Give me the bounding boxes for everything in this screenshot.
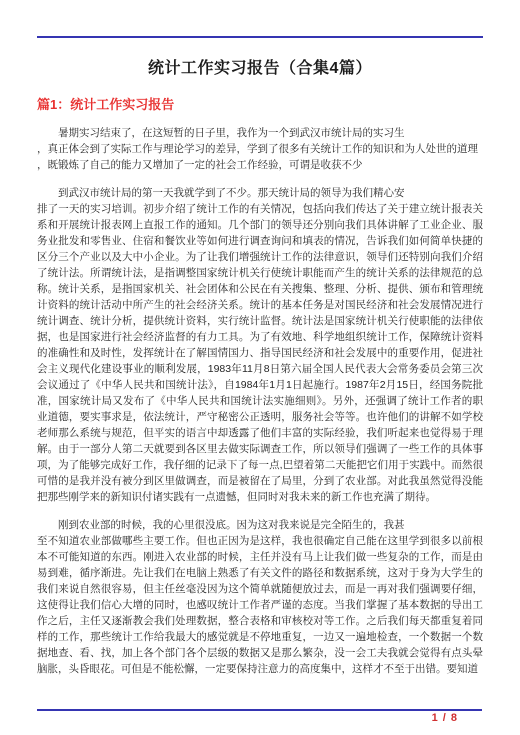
top-rule-divider — [37, 36, 483, 38]
paragraph-agriculture-dept: 刚到农业部的时候，我的心里很没底。因为这对我来说是完全陌生的，我甚 至不知道农业… — [37, 517, 483, 677]
page-title: 统计工作实习报告（合集4篇） — [37, 55, 483, 78]
document-content: 统计工作实习报告（合集4篇） 篇1：统计工作实习报告 暑期实习结束了，在这短暂的… — [0, 36, 520, 677]
paragraph-intro: 暑期实习结束了，在这短暂的日子里，我作为一个到武汉市统计局的实习生 ，真正体会到… — [37, 125, 483, 173]
document-page: 统计工作实习报告（合集4篇） 篇1：统计工作实习报告 暑期实习结束了，在这短暂的… — [0, 0, 520, 735]
section-heading: 篇1：统计工作实习报告 — [37, 94, 483, 113]
paragraph-training-day: 到武汉市统计局的第一天我就学到了不少。那天统计局的领导为我们精心安 排了一天的实… — [37, 185, 483, 505]
footer-rule-divider — [37, 709, 482, 711]
page-indicator: 1 / 8 — [432, 712, 458, 725]
